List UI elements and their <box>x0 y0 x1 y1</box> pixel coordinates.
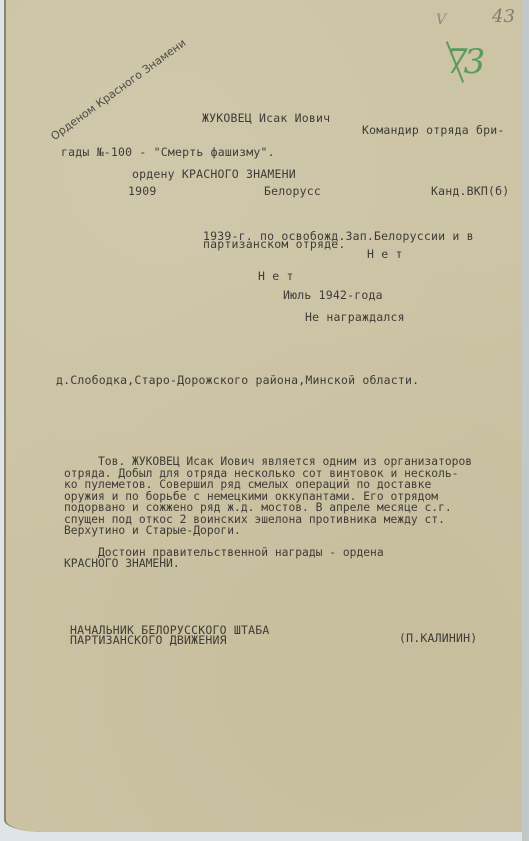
party-membership: Канд.ВКП(б) <box>431 184 509 198</box>
signatory-title-2: ПАРТИЗАНСКОГО ДВИЖЕНИЯ <box>70 633 227 647</box>
award-type: ордену КРАСНОГО ЗНАМЕНИ <box>132 167 296 181</box>
green-page-number: 73 <box>446 42 481 82</box>
awardee-name: ЖУКОВЕЦ Исак Иович <box>202 111 330 125</box>
citation-line: Тов. ЖУКОВЕЦ Исак Иович является одним и… <box>64 456 529 468</box>
citation-text: Тов. ЖУКОВЕЦ Исак Иович является одним и… <box>64 456 529 570</box>
pencil-page-number: 43 <box>492 6 515 27</box>
wounds: Н е т <box>367 247 403 261</box>
home-address: д.Слободка,Старо-Дорожского района,Минск… <box>56 373 419 387</box>
citation-line: ко пулеметов. Совершил ряд смелых операц… <box>64 479 529 491</box>
citation-line: подорвано и сожжено ряд ж.д. мостов. В а… <box>64 502 529 514</box>
position-line-2: гады №-100 - "Смерть фашизму". <box>61 145 275 159</box>
pencil-tick: V <box>436 12 446 28</box>
joined-date: Июль 1942-года <box>283 288 383 302</box>
award-stamp: Орденом Красного Знамени <box>48 36 188 143</box>
prior-awards: Н е т <box>258 269 294 283</box>
position-line-1: Командир отряда бри- <box>362 123 504 137</box>
document-page: Орденом Красного Знамени V 43 73 ЖУКОВЕЦ… <box>4 0 524 832</box>
signatory-name: (П.КАЛИНИН) <box>399 631 477 645</box>
nationality: Белорусс <box>264 184 321 198</box>
recommendation-line: КРАСНОГО ЗНАМЕНИ. <box>64 558 529 570</box>
service-line-2: партизанском отряде. <box>203 237 345 251</box>
citation-line: Верхутино и Старые-Дороги. <box>64 525 529 537</box>
scan-edge <box>522 0 529 841</box>
birth-year: 1909 <box>128 184 157 198</box>
not-awarded: Не награждался <box>305 310 405 324</box>
